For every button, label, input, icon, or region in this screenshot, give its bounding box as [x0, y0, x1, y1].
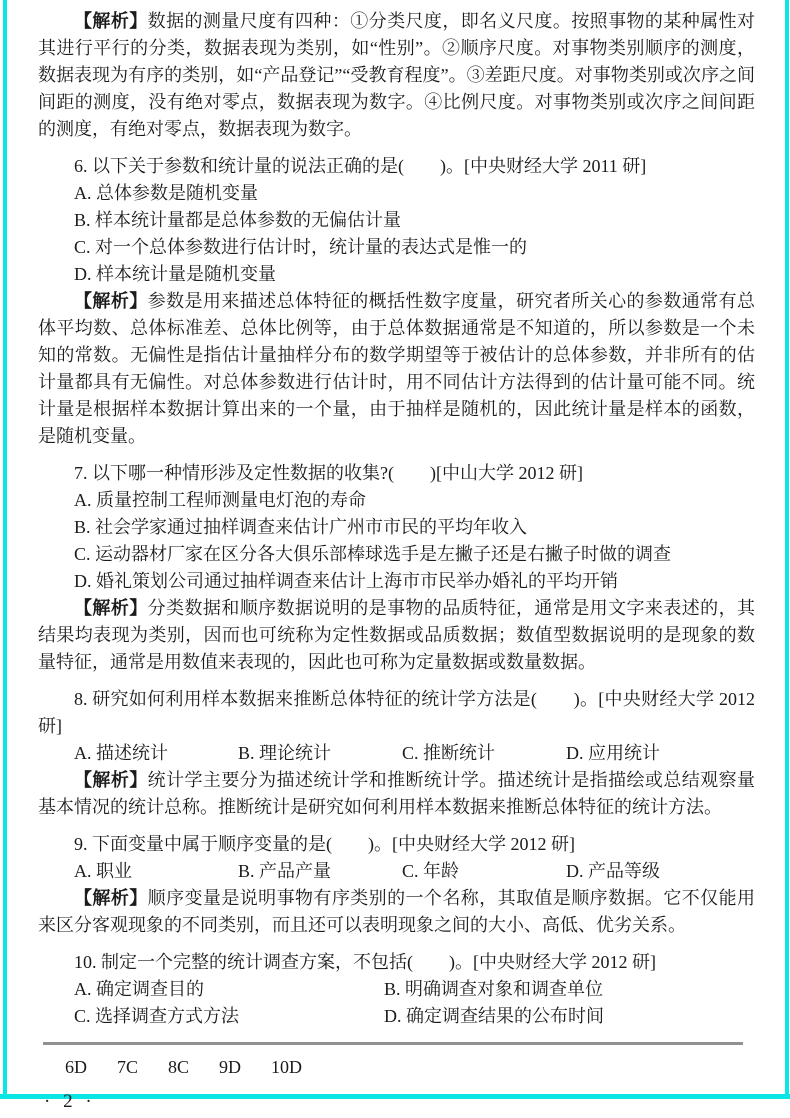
answer-6: 6D: [65, 1054, 87, 1081]
option-a: A. 描述统计: [74, 740, 238, 767]
option-d: D. 应用统计: [566, 740, 660, 767]
analysis-label: 【解析】: [74, 770, 148, 790]
page-number: · 2 ·: [44, 1088, 755, 1115]
page-footer: 6D 7C 8C 9D 10D · 2 ·: [38, 1042, 755, 1115]
option-d: D. 样本统计量是随机变量: [38, 261, 755, 288]
question-8: 8. 研究如何利用样本数据来推断总体特征的统计学方法是( )。[中央财经大学 2…: [38, 686, 755, 821]
analysis-paragraph-q5: 【解析】数据的测量尺度有四种：①分类尺度，即名义尺度。按照事物的某种属性对其进行…: [38, 8, 755, 143]
question-7-options: A. 质量控制工程师测量电灯泡的寿命 B. 社会学家通过抽样调查来估计广州市市民…: [38, 487, 755, 595]
analysis-paragraph-q6: 【解析】参数是用来描述总体特征的概括性数字度量，研究者所关心的参数通常有总体平均…: [38, 288, 755, 450]
option-c: C. 年龄: [402, 858, 566, 885]
analysis-paragraph-q8: 【解析】统计学主要分为描述统计学和推断统计学。描述统计是指描绘或总结观察量基本情…: [38, 767, 755, 821]
option-d: D. 确定调查结果的公布时间: [384, 1003, 755, 1030]
analysis-paragraph-q9: 【解析】顺序变量是说明事物有序类别的一个名称，其取值是顺序数据。它不仅能用来区分…: [38, 885, 755, 939]
option-c: C. 选择调查方式方法: [74, 1003, 384, 1030]
question-6: 6. 以下关于参数和统计量的说法正确的是( )。[中央财经大学 2011 研] …: [38, 153, 755, 450]
question-8-stem: 8. 研究如何利用样本数据来推断总体特征的统计学方法是( )。[中央财经大学 2…: [38, 686, 755, 740]
footer-separator: [43, 1042, 743, 1045]
question-10: 10. 制定一个完整的统计调查方案，不包括( )。[中央财经大学 2012 研]…: [38, 949, 755, 1030]
option-a: A. 确定调查目的: [74, 976, 384, 1003]
answer-key: 6D 7C 8C 9D 10D: [65, 1054, 755, 1081]
answer-7: 7C: [117, 1054, 138, 1081]
option-c: C. 运动器材厂家在区分各大俱乐部棒球选手是左撇子还是右撇子时做的调查: [38, 541, 755, 568]
option-d: D. 产品等级: [566, 858, 660, 885]
question-9-stem: 9. 下面变量中属于顺序变量的是( )。[中央财经大学 2012 研]: [38, 831, 755, 858]
page-content: 【解析】数据的测量尺度有四种：①分类尺度，即名义尺度。按照事物的某种属性对其进行…: [38, 8, 755, 1115]
page-border-left-line: [3, 0, 7, 1098]
page-border-right-line: [785, 0, 789, 1098]
option-a: A. 职业: [74, 858, 238, 885]
answer-8: 8C: [168, 1054, 189, 1081]
option-c: C. 推断统计: [402, 740, 566, 767]
question-7: 7. 以下哪一种情形涉及定性数据的收集?( )[中山大学 2012 研] A. …: [38, 460, 755, 676]
option-a: A. 总体参数是随机变量: [38, 180, 755, 207]
analysis-label: 【解析】: [74, 291, 148, 311]
analysis-paragraph-q7: 【解析】分类数据和顺序数据说明的是事物的品质特征，通常是用文字来表述的，其结果均…: [38, 595, 755, 676]
question-10-stem: 10. 制定一个完整的统计调查方案，不包括( )。[中央财经大学 2012 研]: [38, 949, 755, 976]
option-c: C. 对一个总体参数进行估计时，统计量的表达式是惟一的: [38, 234, 755, 261]
option-d: D. 婚礼策划公司通过抽样调查来估计上海市市民举办婚礼的平均开销: [38, 568, 755, 595]
question-6-stem: 6. 以下关于参数和统计量的说法正确的是( )。[中央财经大学 2011 研]: [38, 153, 755, 180]
question-9-options: A. 职业 B. 产品产量 C. 年龄 D. 产品等级: [38, 858, 755, 885]
analysis-text: 参数是用来描述总体特征的概括性数字度量，研究者所关心的参数通常有总体平均数、总体…: [38, 291, 755, 446]
option-b: B. 产品产量: [238, 858, 402, 885]
option-b: B. 明确调查对象和调查单位: [384, 976, 755, 1003]
question-7-stem: 7. 以下哪一种情形涉及定性数据的收集?( )[中山大学 2012 研]: [38, 460, 755, 487]
question-6-options: A. 总体参数是随机变量 B. 样本统计量都是总体参数的无偏估计量 C. 对一个…: [38, 180, 755, 288]
option-b: B. 样本统计量都是总体参数的无偏估计量: [38, 207, 755, 234]
question-8-options: A. 描述统计 B. 理论统计 C. 推断统计 D. 应用统计: [38, 740, 755, 767]
option-a: A. 质量控制工程师测量电灯泡的寿命: [38, 487, 755, 514]
answer-10: 10D: [271, 1054, 302, 1081]
question-9: 9. 下面变量中属于顺序变量的是( )。[中央财经大学 2012 研] A. 职…: [38, 831, 755, 939]
analysis-label: 【解析】: [74, 11, 148, 31]
answer-9: 9D: [219, 1054, 241, 1081]
question-10-options: A. 确定调查目的 B. 明确调查对象和调查单位 C. 选择调查方式方法 D. …: [38, 976, 755, 1030]
option-b: B. 社会学家通过抽样调查来估计广州市市民的平均年收入: [38, 514, 755, 541]
analysis-label: 【解析】: [74, 888, 148, 908]
analysis-label: 【解析】: [74, 598, 148, 618]
option-b: B. 理论统计: [238, 740, 402, 767]
